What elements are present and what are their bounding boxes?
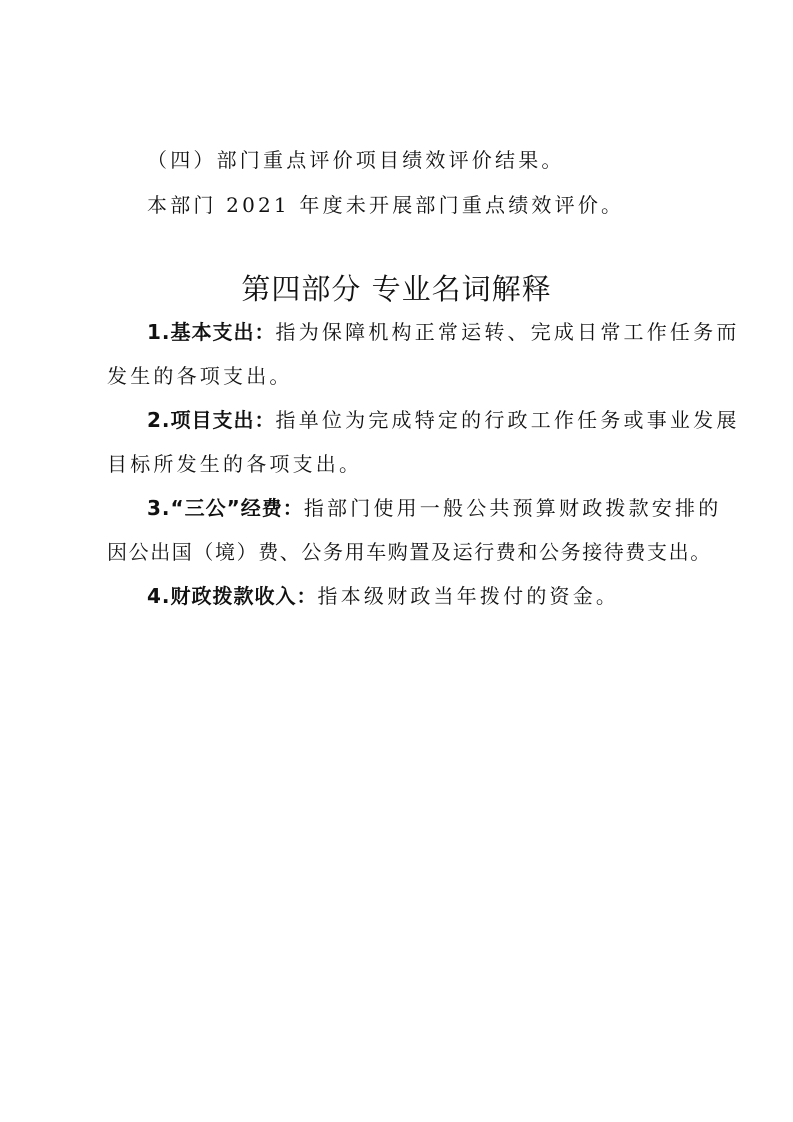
section-four-heading: （四）部门重点评价项目绩效评价结果。 <box>147 148 565 172</box>
term-1-line2: 发生的各项支出。 <box>107 364 293 388</box>
term-1-def: 指为保障机构正常运转、完成日常工作任务而 <box>276 320 740 344</box>
term-4-def: 指本级财政当年拨付的资金。 <box>318 584 620 608</box>
term-2-def: 指单位为完成特定的行政工作任务或事业发展 <box>276 408 740 432</box>
term-1-label: 1.基本支出： <box>147 320 276 344</box>
term-4-line1: 4.财政拨款收入：指本级财政当年拨付的资金。 <box>147 584 619 608</box>
term-3-def: 指部门使用一般公共预算财政拨款安排的 <box>304 496 722 520</box>
term-2-line2: 目标所发生的各项支出。 <box>107 452 362 476</box>
term-3-line1: 3.“三公”经费：指部门使用一般公共预算财政拨款安排的 <box>147 496 721 520</box>
term-2-line1: 2.项目支出：指单位为完成特定的行政工作任务或事业发展 <box>147 408 740 432</box>
term-1-line1: 1.基本支出：指为保障机构正常运转、完成日常工作任务而 <box>147 320 740 344</box>
term-4-label: 4.财政拨款收入： <box>147 584 318 608</box>
term-3-label: 3.“三公”经费： <box>147 496 304 520</box>
part-four-title: 第四部分 专业名词解释 <box>0 272 793 306</box>
term-2-label: 2.项目支出： <box>147 408 276 432</box>
section-four-body: 本部门 2021 年度未开展部门重点绩效评价。 <box>147 193 624 217</box>
term-3-line2: 因公出国（境）费、公务用车购置及运行费和公务接待费支出。 <box>107 540 712 564</box>
